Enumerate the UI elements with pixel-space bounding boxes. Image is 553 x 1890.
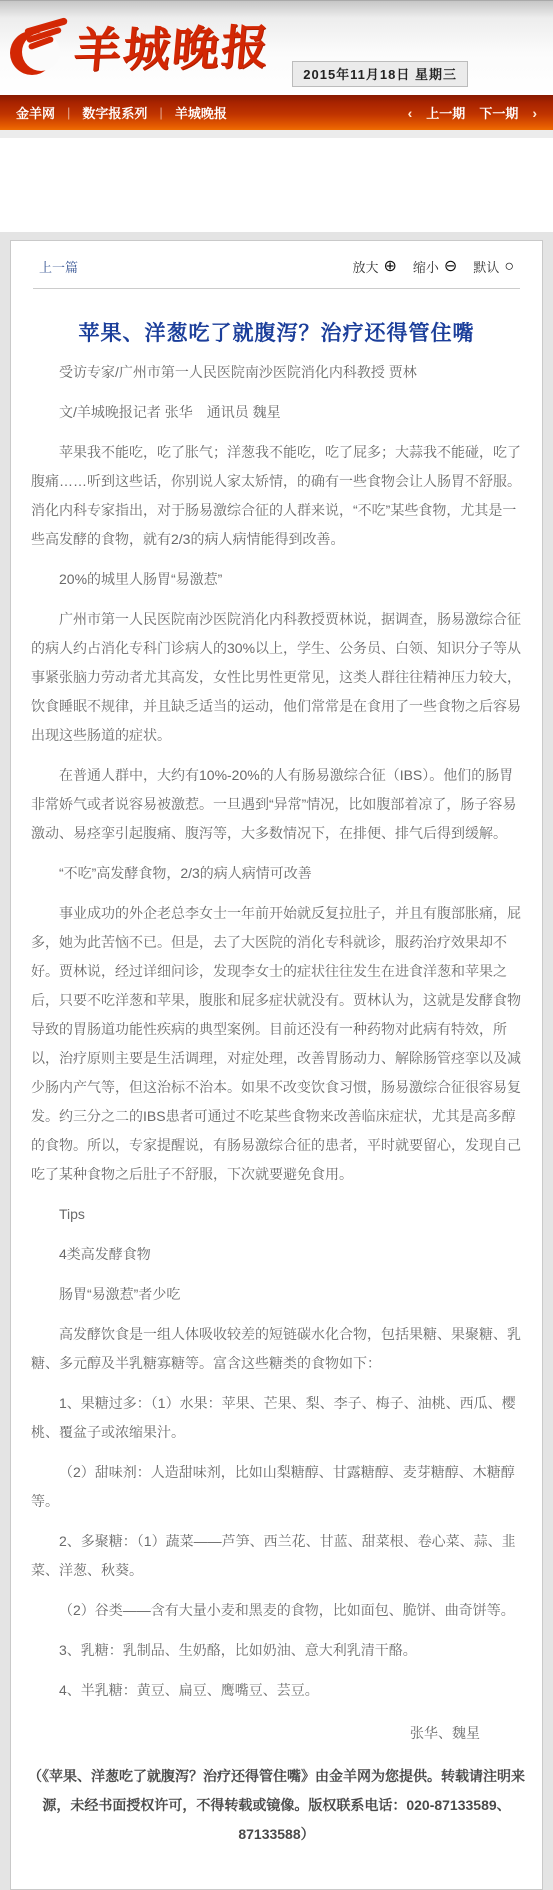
article-paragraph: 高发酵饮食是一组人体吸收较差的短链碳水化合物，包括果糖、果聚糖、乳糖、多元醇及半… — [31, 1320, 522, 1378]
article-paragraph: Tips — [31, 1200, 522, 1229]
prev-issue-button[interactable]: 上一期 — [426, 103, 465, 122]
font-size-controls: 放大 ⊕ 缩小 ⊖ 默认 ○ — [352, 257, 514, 276]
zoom-out-icon: ⊖ — [444, 259, 457, 275]
article-paragraph: （2）甜味剂：人造甜味剂，比如山梨糖醇、甘露糖醇、麦芽糖醇、木糖醇等。 — [31, 1458, 522, 1516]
next-issue-button[interactable]: 下一期 — [479, 103, 518, 122]
navbar-left: 金羊网 | 数字报系列 | 羊城晚报 — [16, 103, 227, 122]
copyright-notice: （《苹果、洋葱吃了就腹泻？治疗还得管住嘴》由金羊网为您提供。转载请注明来源，未经… — [19, 1762, 534, 1849]
article-paragraph: 受访专家/广州市第一人民医院南沙医院消化内科教授 贾林 — [31, 358, 522, 387]
header-whitespace — [0, 138, 553, 232]
issue-date: 2015年11月18日 星期三 — [292, 61, 468, 87]
article-paragraph: 20%的城里人肠胃“易激惹” — [31, 565, 522, 594]
article-paragraph: 1、果糖过多：（1）水果：苹果、芒果、梨、李子、梅子、油桃、西瓜、樱桃、覆盆子或… — [31, 1389, 522, 1447]
article-paragraph: 事业成功的外企老总李女士一年前开始就反复拉肚子，并且有腹部胀痛，屁多，她为此苦恼… — [31, 899, 522, 1189]
nav-separator: | — [67, 105, 70, 120]
article-paragraph: 在普通人群中，大约有10%-20%的人有肠易激综合征（IBS）。他们的肠胃非常娇… — [31, 761, 522, 848]
article-paragraph: 4、半乳糖：黄豆、扁豆、鹰嘴豆、芸豆。 — [31, 1676, 522, 1705]
article-paragraph: 苹果我不能吃，吃了胀气；洋葱我不能吃，吃了屁多；大蒜我不能碰，吃了腹痛……听到这… — [31, 438, 522, 554]
prev-issue-arrow-icon: ‹ — [408, 105, 413, 121]
zoom-in-button[interactable]: 放大 ⊕ — [352, 257, 396, 276]
prev-article-link[interactable]: 上一篇 — [39, 257, 78, 276]
rooster-crescent-icon — [8, 19, 70, 81]
zoom-in-icon: ⊕ — [383, 259, 396, 275]
article-card: 上一篇 放大 ⊕ 缩小 ⊖ 默认 ○ 苹果、洋葱吃了就腹泻？治疗还得管住嘴 受访… — [10, 240, 543, 1890]
article-paragraph: 肠胃“易激惹”者少吃 — [31, 1280, 522, 1309]
zoom-out-label: 缩小 — [413, 257, 439, 276]
zoom-out-button[interactable]: 缩小 ⊖ — [413, 257, 457, 276]
main-navbar: 金羊网 | 数字报系列 | 羊城晚报 ‹ 上一期 下一期 › — [0, 95, 553, 130]
zoom-default-label: 默认 — [473, 257, 499, 276]
nav-item-jinyangwang[interactable]: 金羊网 — [16, 103, 55, 122]
zoom-default-icon: ○ — [504, 259, 514, 275]
nav-item-yangcheng-evening-news[interactable]: 羊城晚报 — [175, 103, 227, 122]
article-paragraph: （2）谷类——含有大量小麦和黑麦的食物，比如面包、脆饼、曲奇饼等。 — [31, 1596, 522, 1625]
nav-item-digital-papers[interactable]: 数字报系列 — [82, 103, 147, 122]
zoom-in-label: 放大 — [352, 257, 378, 276]
toolbar-divider — [33, 288, 520, 289]
article-signature: 张华、魏星 — [31, 1719, 522, 1748]
article-toolbar: 上一篇 放大 ⊕ 缩小 ⊖ 默认 ○ — [31, 253, 522, 288]
article-body: 受访专家/广州市第一人民医院南沙医院消化内科教授 贾林文/羊城晚报记者 张华 通… — [31, 358, 522, 1705]
article-paragraph: 文/羊城晚报记者 张华 通讯员 魏星 — [31, 398, 522, 427]
logo-text: 羊城晚报 — [71, 17, 273, 82]
article-title: 苹果、洋葱吃了就腹泻？治疗还得管住嘴 — [37, 317, 516, 347]
navbar-right: ‹ 上一期 下一期 › — [408, 103, 537, 122]
yangcheng-logo[interactable]: 羊城晚报 — [8, 19, 270, 81]
nav-separator: | — [159, 105, 162, 120]
next-issue-arrow-icon: › — [532, 105, 537, 121]
article-paragraph: 2、多聚糖：（1）蔬菜——芦笋、西兰花、甘蓝、甜菜根、卷心菜、蒜、韭菜、洋葱、秋… — [31, 1527, 522, 1585]
page-background: 上一篇 放大 ⊕ 缩小 ⊖ 默认 ○ 苹果、洋葱吃了就腹泻？治疗还得管住嘴 受访… — [0, 232, 553, 1890]
article-paragraph: 4类高发酵食物 — [31, 1240, 522, 1269]
article-paragraph: 3、乳糖：乳制品、生奶酪，比如奶油、意大利乳清干酪。 — [31, 1636, 522, 1665]
gray-divider-strip — [0, 130, 553, 138]
zoom-default-button[interactable]: 默认 ○ — [473, 257, 514, 276]
article-paragraph: 广州市第一人民医院南沙医院消化内科教授贾林说，据调查，肠易激综合征的病人约占消化… — [31, 605, 522, 750]
site-header: 羊城晚报 2015年11月18日 星期三 — [0, 0, 553, 95]
article-paragraph: “不吃”高发酵食物，2/3的病人病情可改善 — [31, 859, 522, 888]
